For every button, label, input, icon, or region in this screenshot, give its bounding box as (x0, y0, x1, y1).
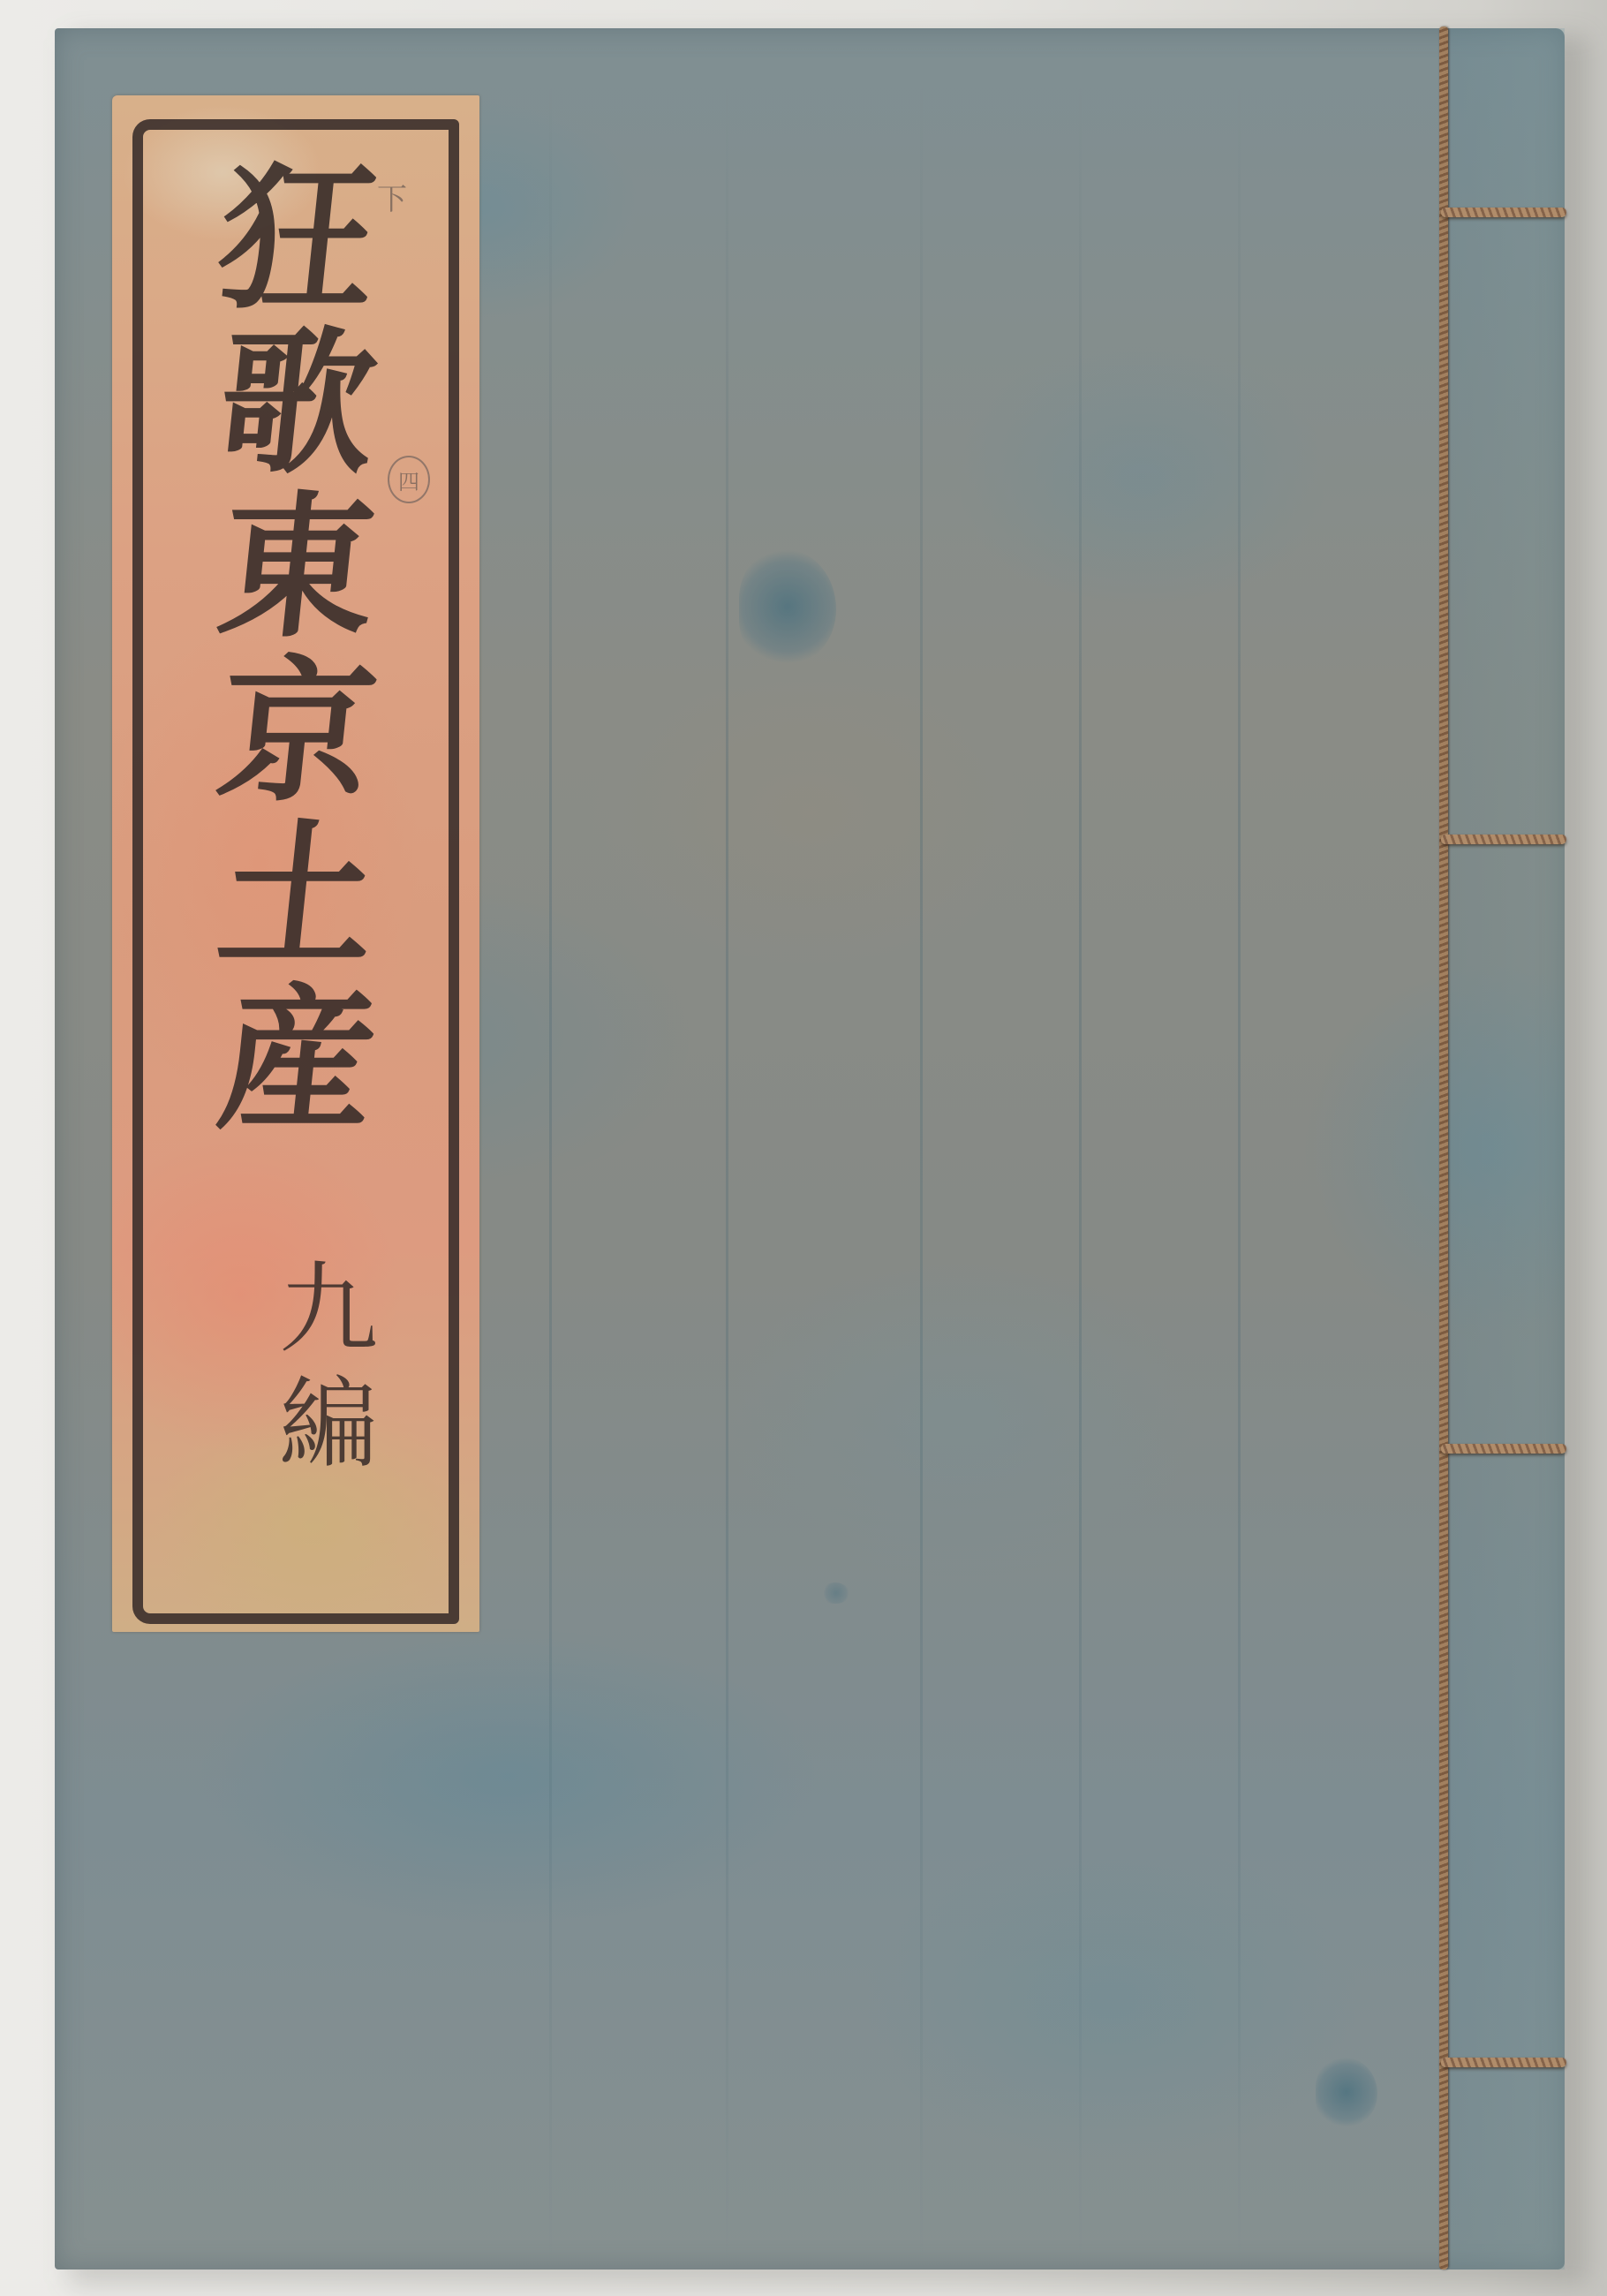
title-char: 東 (211, 486, 384, 650)
pencil-mark: 下 (377, 175, 407, 218)
volume-char: 編 (279, 1367, 378, 1482)
paper-crease (1238, 81, 1241, 2271)
title-char: 歌 (211, 321, 384, 486)
title-char: 京 (211, 650, 384, 814)
ink-stain (823, 1582, 849, 1604)
book-title: 狂 歌 東 京 土 産 (165, 157, 430, 1143)
title-char: 土 (211, 814, 384, 978)
paper-crease (726, 81, 728, 2271)
binding-stitch (1441, 2058, 1566, 2067)
binding-margin (1445, 28, 1565, 2270)
title-char: 産 (211, 978, 384, 1143)
binding-stitch (1441, 1444, 1566, 1454)
ink-stain (1316, 2058, 1377, 2126)
binding-stitch (1441, 835, 1566, 844)
circled-pencil-mark-text: 四 (398, 464, 419, 495)
volume-char: 九 (279, 1252, 378, 1367)
ink-stain (739, 549, 836, 664)
volume-number: 九 編 (262, 1252, 395, 1482)
title-char: 狂 (211, 157, 384, 321)
title-slip: 狂 歌 東 京 土 産 九 編 下 四 (112, 95, 479, 1632)
paper-crease (1079, 81, 1082, 2271)
binding-thread (1439, 26, 1448, 2270)
binding-stitch (1441, 208, 1566, 217)
paper-crease (549, 81, 552, 2271)
circled-pencil-mark: 四 (388, 456, 430, 503)
paper-crease (920, 81, 923, 2271)
